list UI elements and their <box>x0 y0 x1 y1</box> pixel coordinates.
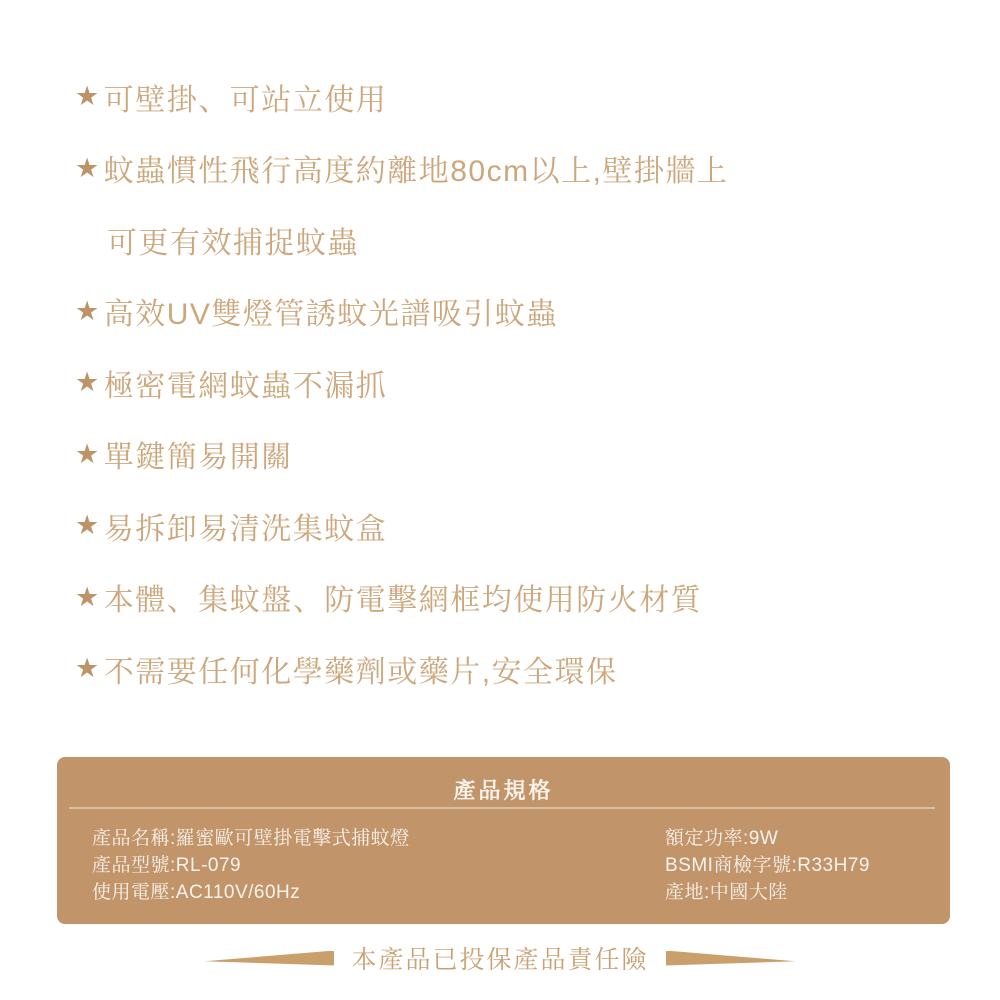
feature-item: ★ 單鍵簡易開關 <box>75 419 728 491</box>
feature-text: 不需要任何化學藥劑或藥片,安全環保 <box>104 647 618 691</box>
spec-divider <box>69 807 935 809</box>
feature-item: ★ 本體、集蚊盤、防電擊網框均使用防火材質 <box>75 562 728 634</box>
spec-row-voltage: 使用電壓:AC110V/60Hz <box>92 879 665 906</box>
insurance-text: 本產品已投保產品責任險 <box>351 940 648 976</box>
feature-item: ★ 易拆卸易清洗集蚊盒 <box>75 490 728 562</box>
feature-text: 可壁掛、可站立使用 <box>104 75 388 119</box>
spec-panel-title: 產品規格 <box>57 757 950 805</box>
feature-item: ★ 極密電網蚊蟲不漏抓 <box>75 347 728 419</box>
star-icon: ★ <box>75 512 101 539</box>
star-icon: ★ <box>75 298 101 325</box>
spec-column-right: 額定功率:9W BSMI商檢字號:R33H79 產地:中國大陸 <box>665 825 930 906</box>
feature-list: ★ 可壁掛、可站立使用 ★ 蚊蟲慣性飛行高度約離地80cm以上,壁掛牆上 可更有… <box>75 61 728 705</box>
feature-text: 本體、集蚊盤、防電擊網框均使用防火材質 <box>104 575 703 619</box>
feature-text: 高效UV雙燈管誘蚊光譜吸引蚊蟲 <box>104 289 558 333</box>
star-icon: ★ <box>75 584 101 611</box>
feature-text: 蚊蟲慣性飛行高度約離地80cm以上,壁掛牆上 <box>104 146 729 190</box>
left-taper-line <box>204 951 334 966</box>
feature-item: ★ 高效UV雙燈管誘蚊光譜吸引蚊蟲 <box>75 276 728 348</box>
feature-item-continuation: 可更有效捕捉蚊蟲 <box>75 204 728 276</box>
feature-item: ★ 蚊蟲慣性飛行高度約離地80cm以上,壁掛牆上 <box>75 133 728 205</box>
spec-columns: 產品名稱:羅蜜歐可壁掛電擊式捕蚊燈 產品型號:RL-079 使用電壓:AC110… <box>92 825 930 906</box>
spec-column-left: 產品名稱:羅蜜歐可壁掛電擊式捕蚊燈 產品型號:RL-079 使用電壓:AC110… <box>92 825 665 906</box>
star-icon: ★ <box>75 441 101 468</box>
spec-row-bsmi-number: BSMI商檢字號:R33H79 <box>665 852 930 879</box>
star-icon: ★ <box>75 369 101 396</box>
star-icon: ★ <box>75 655 101 682</box>
feature-text: 易拆卸易清洗集蚊盒 <box>104 504 388 548</box>
spec-row-origin: 產地:中國大陸 <box>665 879 930 906</box>
feature-text: 可更有效捕捉蚊蟲 <box>107 218 359 262</box>
feature-item: ★ 不需要任何化學藥劑或藥片,安全環保 <box>75 633 728 705</box>
spec-panel: 產品規格 產品名稱:羅蜜歐可壁掛電擊式捕蚊燈 產品型號:RL-079 使用電壓:… <box>57 757 950 924</box>
feature-text: 極密電網蚊蟲不漏抓 <box>104 361 388 405</box>
spec-row-model-number: 產品型號:RL-079 <box>92 852 665 879</box>
spec-row-rated-power: 額定功率:9W <box>665 825 930 852</box>
right-taper-line <box>666 951 796 966</box>
star-icon: ★ <box>75 83 101 110</box>
feature-text: 單鍵簡易開關 <box>104 432 293 476</box>
spec-row-product-name: 產品名稱:羅蜜歐可壁掛電擊式捕蚊燈 <box>92 825 665 852</box>
insurance-banner: 本產品已投保產品責任險 <box>0 940 1000 976</box>
feature-item: ★ 可壁掛、可站立使用 <box>75 61 728 133</box>
star-icon: ★ <box>75 155 101 182</box>
